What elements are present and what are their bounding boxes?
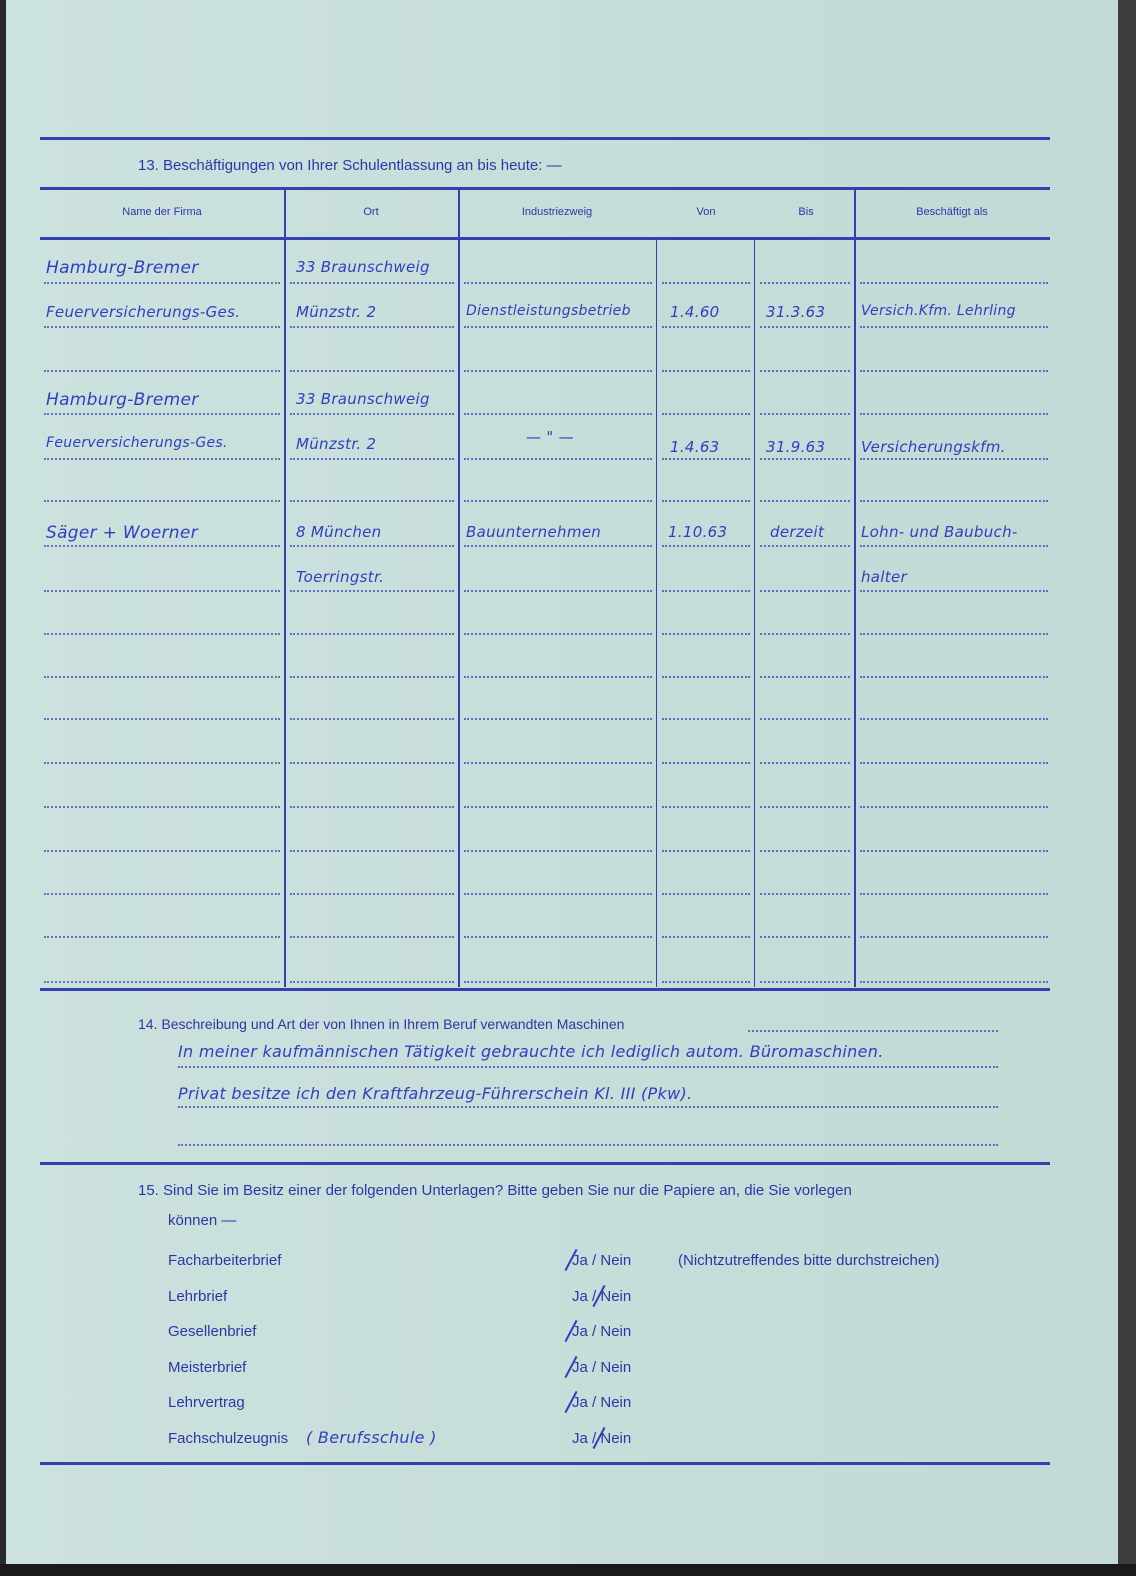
table-header-rule (40, 237, 1050, 240)
row-dotted-line (44, 370, 280, 372)
row-dotted-line (760, 806, 850, 808)
row-dotted-line (290, 458, 454, 460)
row-dotted-line (44, 282, 280, 284)
option-ja[interactable]: Ja (572, 1394, 588, 1411)
industriezweig: Bauunternehmen (466, 523, 601, 541)
row-dotted-line (464, 413, 652, 415)
row-dotted-line (44, 850, 280, 852)
option-separator: / (588, 1359, 601, 1376)
row-dotted-line (860, 676, 1048, 678)
row-dotted-line (662, 282, 750, 284)
row-dotted-line (464, 633, 652, 635)
column-header-industriezweig: Industriezweig (458, 206, 656, 218)
document-type-label: Gesellenbrief (168, 1323, 256, 1340)
row-dotted-line (662, 676, 750, 678)
industriezweig: Dienstleistungsbetrieb (466, 303, 631, 319)
ort: Münzstr. 2 (296, 435, 376, 453)
section-divider (40, 1162, 1050, 1165)
row-dotted-line (44, 936, 280, 938)
row-dotted-line (662, 500, 750, 502)
beschaeftigt-als: Lohn- und Baubuch- (861, 523, 1018, 541)
row-dotted-line (464, 590, 652, 592)
row-dotted-line (760, 676, 850, 678)
row-dotted-line (662, 458, 750, 460)
row-dotted-line (860, 893, 1048, 895)
row-dotted-line (860, 326, 1048, 328)
row-dotted-line (760, 850, 850, 852)
row-dotted-line (290, 718, 454, 720)
column-divider (284, 187, 286, 987)
row-dotted-line (662, 590, 750, 592)
row-dotted-line (760, 545, 850, 547)
row-dotted-line (464, 676, 652, 678)
option-ja[interactable]: Ja (572, 1430, 588, 1447)
row-dotted-line (860, 500, 1048, 502)
row-dotted-line (662, 981, 750, 983)
row-dotted-line (860, 718, 1048, 720)
row-dotted-line (44, 893, 280, 895)
option-ja[interactable]: Ja (572, 1323, 588, 1340)
document-type-label: Fachschulzeugnis (168, 1430, 288, 1447)
von-date: 1.10.63 (668, 523, 727, 541)
answer-line (178, 1066, 998, 1068)
section14-title: 14. Beschreibung und Art der von Ihnen i… (138, 1016, 624, 1032)
section14-answer-line2: Privat besitze ich den Kraftfahrzeug-Füh… (178, 1084, 692, 1103)
document-type-label: Meisterbrief (168, 1359, 246, 1376)
bis-date: 31.3.63 (766, 303, 825, 321)
ort: 8 München (296, 523, 381, 541)
row-dotted-line (760, 282, 850, 284)
strike-instruction-note: (Nichtzutreffendes bitte durchstreichen) (678, 1252, 940, 1269)
show-through-text (86, 78, 90, 94)
ja-nein-choice[interactable]: Ja / Nein (572, 1430, 631, 1447)
option-nein[interactable]: Nein (600, 1252, 631, 1269)
row-dotted-line (662, 850, 750, 852)
row-dotted-line (860, 370, 1048, 372)
row-dotted-line (760, 326, 850, 328)
column-divider (754, 240, 755, 987)
row-dotted-line (662, 936, 750, 938)
table-bottom-rule (40, 988, 1050, 991)
row-dotted-line (662, 893, 750, 895)
row-dotted-line (464, 893, 652, 895)
row-dotted-line (464, 850, 652, 852)
column-divider (656, 240, 657, 987)
row-dotted-line (662, 545, 750, 547)
form-page: 13. Beschäftigungen von Ihrer Schulentla… (6, 0, 1118, 1564)
column-divider (458, 187, 460, 987)
column-header-firma: Name der Firma (40, 206, 284, 218)
bis-date: 31.9.63 (766, 438, 825, 456)
ja-nein-choice[interactable]: Ja / Nein (572, 1394, 631, 1411)
column-header-beschaeftigt-als: Beschäftigt als (854, 206, 1050, 218)
option-ja[interactable]: Ja (572, 1252, 588, 1269)
section-divider (40, 137, 1050, 140)
document-type-label: Facharbeiterbrief (168, 1252, 281, 1269)
row-dotted-line (290, 282, 454, 284)
option-nein[interactable]: Nein (600, 1394, 631, 1411)
option-nein[interactable]: Nein (600, 1359, 631, 1376)
row-dotted-line (44, 590, 280, 592)
row-dotted-line (760, 370, 850, 372)
row-dotted-line (464, 762, 652, 764)
ort: 33 Braunschweig (296, 258, 430, 276)
option-nein[interactable]: Nein (600, 1288, 631, 1305)
scan-edge-right (1118, 0, 1136, 1576)
row-dotted-line (44, 545, 280, 547)
row-dotted-line (290, 981, 454, 983)
option-separator: / (588, 1394, 601, 1411)
option-separator: / (588, 1252, 601, 1269)
row-dotted-line (760, 762, 850, 764)
row-dotted-line (290, 806, 454, 808)
row-dotted-line (860, 806, 1048, 808)
option-separator: / (588, 1323, 601, 1340)
row-dotted-line (860, 981, 1048, 983)
row-dotted-line (290, 590, 454, 592)
section15-title-line2: können — (168, 1212, 236, 1229)
beschaeftigt-als: halter (861, 568, 907, 586)
row-dotted-line (464, 370, 652, 372)
row-dotted-line (44, 633, 280, 635)
row-dotted-line (290, 545, 454, 547)
bis-date: derzeit (770, 523, 824, 541)
row-dotted-line (464, 806, 652, 808)
column-header-von: Von (656, 206, 756, 218)
row-dotted-line (44, 413, 280, 415)
row-dotted-line (44, 718, 280, 720)
row-dotted-line (464, 282, 652, 284)
scan-edge-bottom (0, 1564, 1136, 1576)
beschaeftigt-als: Versicherungskfm. (861, 438, 1006, 456)
row-dotted-line (290, 500, 454, 502)
row-dotted-line (860, 590, 1048, 592)
row-dotted-line (662, 413, 750, 415)
row-dotted-line (44, 676, 280, 678)
ja-nein-choice[interactable]: Ja / Nein (572, 1288, 631, 1305)
row-dotted-line (860, 850, 1048, 852)
row-dotted-line (290, 633, 454, 635)
row-dotted-line (860, 545, 1048, 547)
section15-title-line1: 15. Sind Sie im Besitz einer der folgend… (138, 1182, 852, 1199)
row-dotted-line (464, 936, 652, 938)
row-dotted-line (44, 806, 280, 808)
row-dotted-line (662, 762, 750, 764)
section13-title: 13. Beschäftigungen von Ihrer Schulentla… (138, 157, 562, 174)
row-dotted-line (290, 370, 454, 372)
row-dotted-line (760, 500, 850, 502)
row-dotted-line (290, 893, 454, 895)
row-dotted-line (464, 981, 652, 983)
row-dotted-line (760, 413, 850, 415)
firma-name: Feuerversicherungs-Ges. (46, 435, 228, 451)
row-dotted-line (464, 458, 652, 460)
section14-answer-line1: In meiner kaufmännischen Tätigkeit gebra… (178, 1042, 884, 1061)
column-divider (854, 187, 856, 987)
ja-nein-choice[interactable]: Ja / Nein (572, 1252, 631, 1269)
document-type-label: Lehrbrief (168, 1288, 227, 1305)
answer-line (178, 1144, 998, 1146)
row-dotted-line (464, 326, 652, 328)
row-dotted-line (44, 458, 280, 460)
row-dotted-line (290, 413, 454, 415)
row-dotted-line (860, 458, 1048, 460)
row-dotted-line (760, 718, 850, 720)
row-dotted-line (860, 413, 1048, 415)
row-dotted-line (290, 676, 454, 678)
row-dotted-line (662, 718, 750, 720)
row-dotted-line (760, 936, 850, 938)
row-dotted-line (464, 718, 652, 720)
von-date: 1.4.63 (670, 438, 720, 456)
section-divider (40, 1462, 1050, 1465)
option-ja[interactable]: Ja (572, 1288, 588, 1305)
answer-line (748, 1030, 998, 1032)
row-dotted-line (290, 326, 454, 328)
beschaeftigt-als: Versich.Kfm. Lehrling (861, 303, 1016, 319)
row-dotted-line (290, 850, 454, 852)
row-dotted-line (760, 590, 850, 592)
von-date: 1.4.60 (670, 303, 720, 321)
row-dotted-line (760, 633, 850, 635)
ja-nein-choice[interactable]: Ja / Nein (572, 1359, 631, 1376)
firma-name: Hamburg-Bremer (46, 390, 199, 410)
row-dotted-line (44, 762, 280, 764)
row-dotted-line (860, 633, 1048, 635)
firma-name: Säger + Woerner (46, 523, 198, 543)
ort: Toerringstr. (296, 568, 384, 586)
ort: 33 Braunschweig (296, 390, 430, 408)
table-top-rule (40, 187, 1050, 190)
option-nein[interactable]: Nein (600, 1323, 631, 1340)
row-dotted-line (44, 326, 280, 328)
row-dotted-line (760, 981, 850, 983)
row-dotted-line (290, 762, 454, 764)
option-nein[interactable]: Nein (600, 1430, 631, 1447)
row-dotted-line (44, 981, 280, 983)
industriezweig-ditto: — " — (526, 428, 574, 446)
ort: Münzstr. 2 (296, 303, 376, 321)
row-dotted-line (860, 762, 1048, 764)
column-header-ort: Ort (284, 206, 458, 218)
answer-line (178, 1106, 998, 1108)
row-dotted-line (860, 936, 1048, 938)
option-ja[interactable]: Ja (572, 1359, 588, 1376)
row-dotted-line (662, 326, 750, 328)
firma-name: Hamburg-Bremer (46, 258, 199, 278)
firma-name: Feuerversicherungs-Ges. (46, 303, 240, 321)
row-dotted-line (760, 893, 850, 895)
row-dotted-line (290, 936, 454, 938)
row-dotted-line (464, 545, 652, 547)
row-dotted-line (44, 500, 280, 502)
row-dotted-line (662, 806, 750, 808)
row-dotted-line (760, 458, 850, 460)
row-dotted-line (464, 500, 652, 502)
row-dotted-line (860, 282, 1048, 284)
ja-nein-choice[interactable]: Ja / Nein (572, 1323, 631, 1340)
row-dotted-line (662, 370, 750, 372)
document-type-label: Lehrvertrag (168, 1394, 245, 1411)
row-dotted-line (662, 633, 750, 635)
column-header-bis: Bis (756, 206, 856, 218)
handwritten-annotation: ( Berufsschule ) (306, 1428, 437, 1447)
